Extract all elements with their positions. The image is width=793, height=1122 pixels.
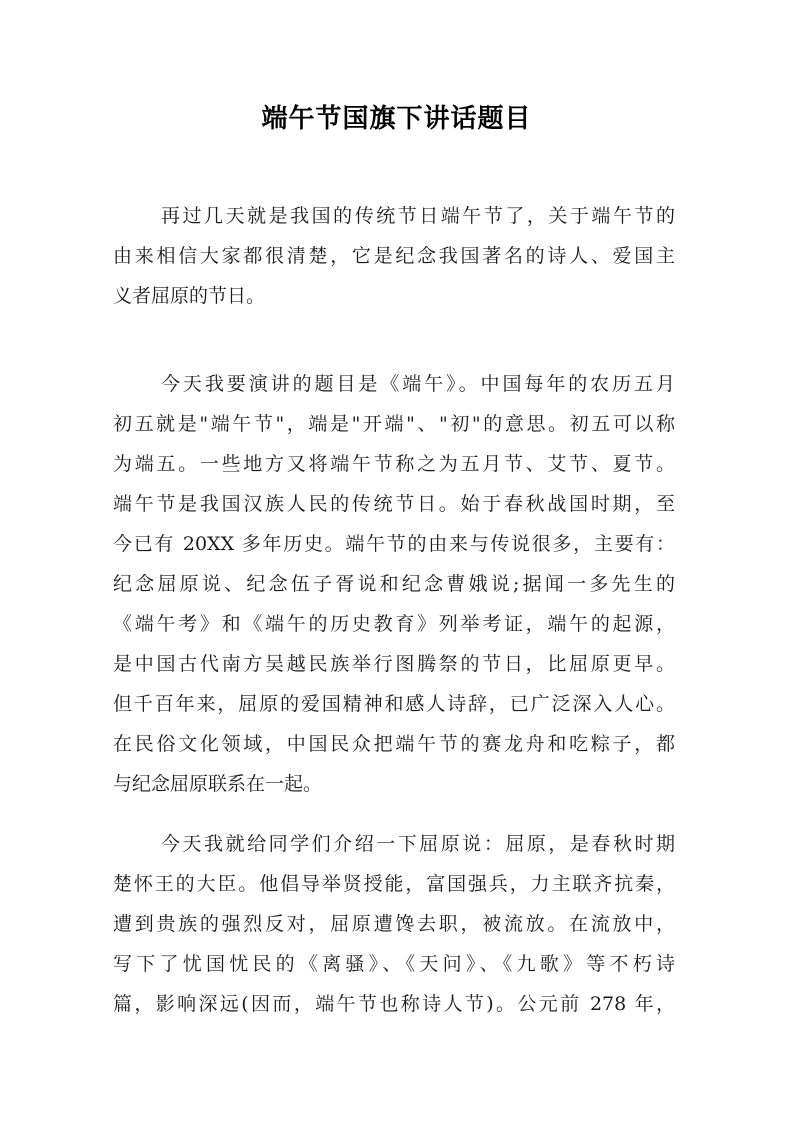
paragraph-line: 初五就是"端午节"，端是"开端"、"初"的意思。初五可以称 <box>113 404 675 444</box>
paragraph-line: 篇，影响深远(因而，端午节也称诗人节)。公元前 278 年， <box>113 984 675 1024</box>
paragraph-line: 由来相信大家都很清楚，它是纪念我国著名的诗人、爱国主 <box>113 236 675 276</box>
paragraph-line: 《端午考》和《端午的历史教育》列举考证，端午的起源， <box>113 604 675 644</box>
paragraph-line: 为端五。一些地方又将端午节称之为五月节、艾节、夏节。 <box>113 444 675 484</box>
paragraph-line: 义者屈原的节日。 <box>113 276 675 316</box>
paragraph-line: 是中国古代南方吴越民族举行图腾祭的节日，比屈原更早。 <box>113 644 675 684</box>
paragraph-line: 遭到贵族的强烈反对，屈原遭馋去职，被流放。在流放中， <box>113 904 675 944</box>
paragraph-line: 与纪念屈原联系在一起。 <box>113 764 675 804</box>
paragraph-line: 端午节是我国汉族人民的传统节日。始于春秋战国时期，至 <box>113 484 675 524</box>
paragraph-line: 纪念屈原说、纪念伍子胥说和纪念曹娥说;据闻一多先生的 <box>113 564 675 604</box>
document-page: 端午节国旗下讲话题目 再过几天就是我国的传统节日端午节了，关于端午节的 由来相信… <box>0 0 793 1122</box>
paragraph-line: 在民俗文化领域，中国民众把端午节的赛龙舟和吃粽子，都 <box>113 724 675 764</box>
paragraph-line: 写下了忧国忧民的《离骚》、《天问》、《九歌》等不朽诗 <box>113 944 675 984</box>
paragraph-line: 楚怀王的大臣。他倡导举贤授能，富国强兵，力主联齐抗秦， <box>113 864 675 904</box>
paragraph-line: 今天我就给同学们介绍一下屈原说：屈原，是春秋时期 <box>161 824 675 864</box>
paragraph-line: 再过几天就是我国的传统节日端午节了，关于端午节的 <box>161 196 675 236</box>
paragraph-line: 今已有 20XX 多年历史。端午节的由来与传说很多，主要有： <box>113 524 675 564</box>
document-title: 端午节国旗下讲话题目 <box>0 98 793 135</box>
paragraph-line: 今天我要演讲的题目是《端午》。中国每年的农历五月 <box>161 364 675 404</box>
paragraph-line: 但千百年来，屈原的爱国精神和感人诗辞，已广泛深入人心。 <box>113 684 675 724</box>
